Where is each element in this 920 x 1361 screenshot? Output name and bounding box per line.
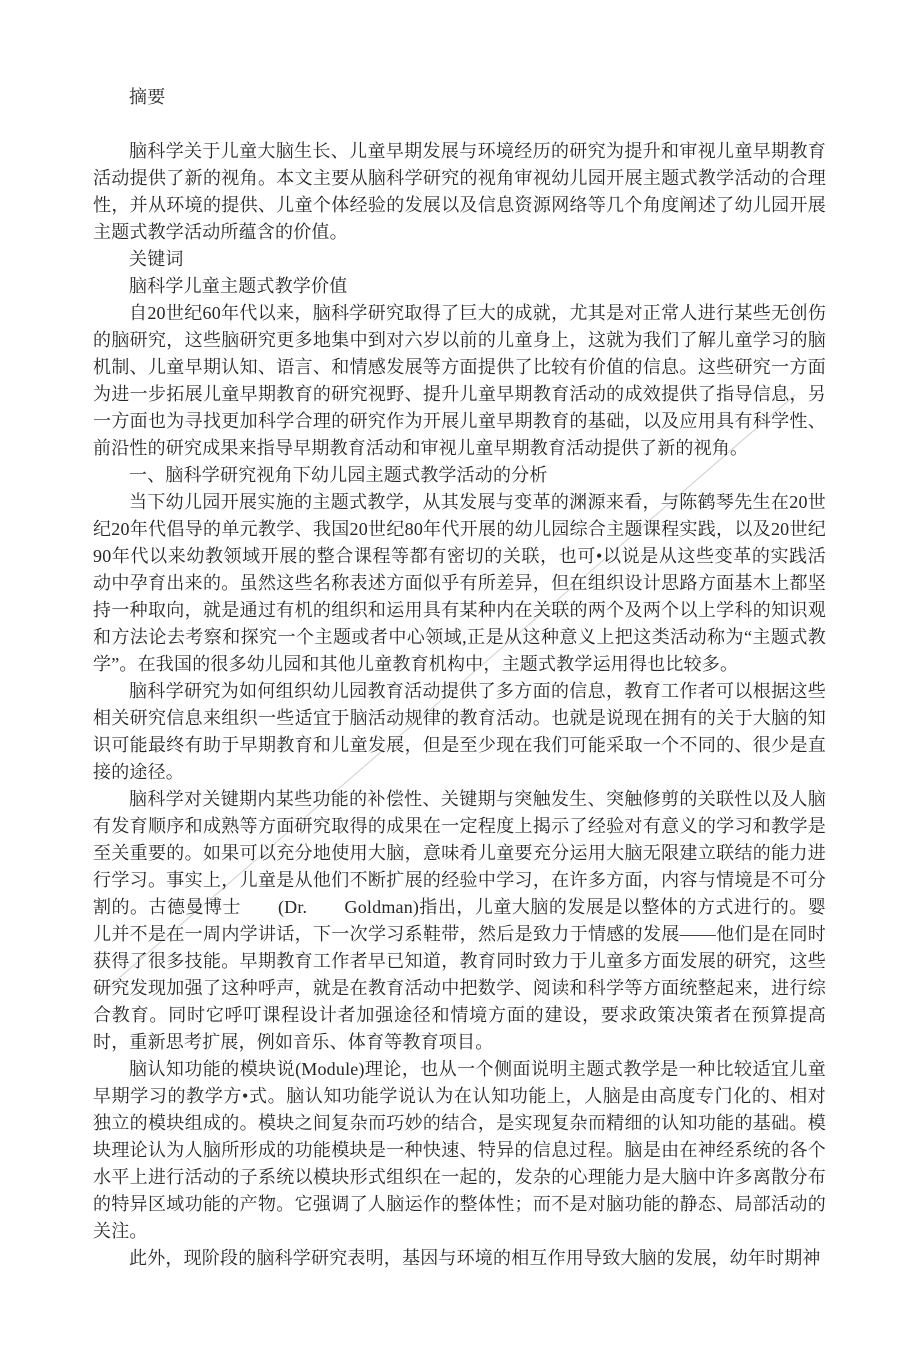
body-paragraph-theme-teaching-origin: 当下幼儿园开展实施的主题式教学，从其发展与变革的渊源来看，与陈鹤琴先生在20世纪… — [93, 489, 826, 678]
body-paragraph-module-theory: 脑认知功能的模块说(Module)理论，也从一个侧面说明主题式教学是一种比较适宜… — [93, 1056, 826, 1245]
body-paragraph-gene-environment: 此外，现阶段的脑科学研究表明，基因与环境的相互作用导致大脑的发展，幼年时期神 — [93, 1245, 826, 1272]
body-paragraph-brain-research-info: 脑科学研究为如何组织幼儿园教育活动提供了多方面的信息，教育工作者可以根据这些相关… — [93, 678, 826, 786]
document-page: 摘要 脑科学关于儿童大脑生长、儿童早期发展与环境经历的研究为提升和审视儿童早期教… — [0, 0, 920, 1361]
body-paragraph-critical-period: 脑科学对关键期内某些功能的补偿性、关键期与突触发生、突触修剪的关联性以及人脑有发… — [93, 786, 826, 1056]
abstract-body-paragraph: 脑科学关于儿童大脑生长、儿童早期发展与环境经历的研究为提升和审视儿童早期教育活动… — [93, 138, 826, 246]
abstract-heading: 摘要 — [93, 84, 826, 111]
section-1-heading: 一、脑科学研究视角下幼儿园主题式教学活动的分析 — [93, 462, 826, 489]
intro-paragraph: 自20世纪60年代以来，脑科学研究取得了巨大的成就，尤其是对正常人进行某些无创伤… — [93, 300, 826, 462]
keywords-text: 脑科学儿童主题式教学价值 — [93, 273, 826, 300]
keywords-label: 关键词 — [93, 246, 826, 273]
text-column: 摘要 脑科学关于儿童大脑生长、儿童早期发展与环境经历的研究为提升和审视儿童早期教… — [93, 84, 826, 1272]
